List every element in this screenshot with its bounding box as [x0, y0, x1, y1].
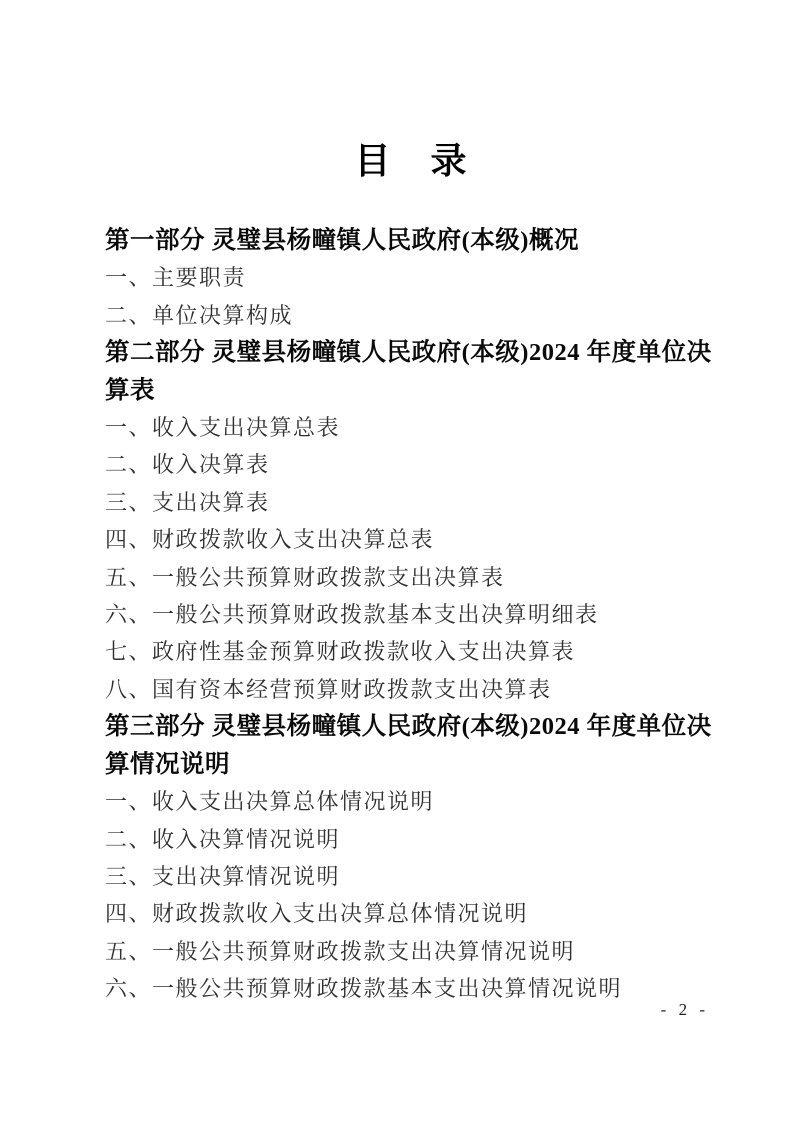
toc-item-3-1: 一、收入支出决算总体情况说明 — [105, 783, 720, 820]
toc-item-2-5: 五、一般公共预算财政拨款支出决算表 — [105, 559, 720, 596]
toc-item-3-2: 二、收入决算情况说明 — [105, 821, 720, 858]
toc-item-2-3: 三、支出决算表 — [105, 484, 720, 521]
toc-item-2-6: 六、一般公共预算财政拨款基本支出决算明细表 — [105, 596, 720, 633]
document-page: 目 录 第一部分 灵璧县杨疃镇人民政府(本级)概况 一、主要职责 二、单位决算构… — [0, 0, 793, 1122]
toc-item-3-3: 三、支出决算情况说明 — [105, 858, 720, 895]
toc-item-2-2: 二、收入决算表 — [105, 446, 720, 483]
toc-item-1-1: 一、主要职责 — [105, 259, 720, 296]
toc-section-1-heading: 第一部分 灵璧县杨疃镇人民政府(本级)概况 — [105, 222, 720, 259]
toc-item-3-6: 六、一般公共预算财政拨款基本支出决算情况说明 — [105, 970, 720, 1007]
page-number: - 2 - — [661, 1000, 709, 1020]
toc-item-2-1: 一、收入支出决算总表 — [105, 409, 720, 446]
page-title: 目 录 — [0, 0, 793, 184]
toc-item-2-8: 八、国有资本经营预算财政拨款支出决算表 — [105, 671, 720, 708]
toc-item-3-5: 五、一般公共预算财政拨款支出决算情况说明 — [105, 933, 720, 970]
toc-item-3-4: 四、财政拨款收入支出决算总体情况说明 — [105, 895, 720, 932]
toc-item-1-2: 二、单位决算构成 — [105, 297, 720, 334]
toc-section-2-heading: 第二部分 灵璧县杨疃镇人民政府(本级)2024 年度单位决算表 — [105, 334, 720, 409]
table-of-contents: 第一部分 灵璧县杨疃镇人民政府(本级)概况 一、主要职责 二、单位决算构成 第二… — [0, 184, 793, 1008]
toc-section-3-heading: 第三部分 灵璧县杨疃镇人民政府(本级)2024 年度单位决算情况说明 — [105, 708, 720, 783]
toc-item-2-4: 四、财政拨款收入支出决算总表 — [105, 521, 720, 558]
toc-item-2-7: 七、政府性基金预算财政拨款收入支出决算表 — [105, 633, 720, 670]
